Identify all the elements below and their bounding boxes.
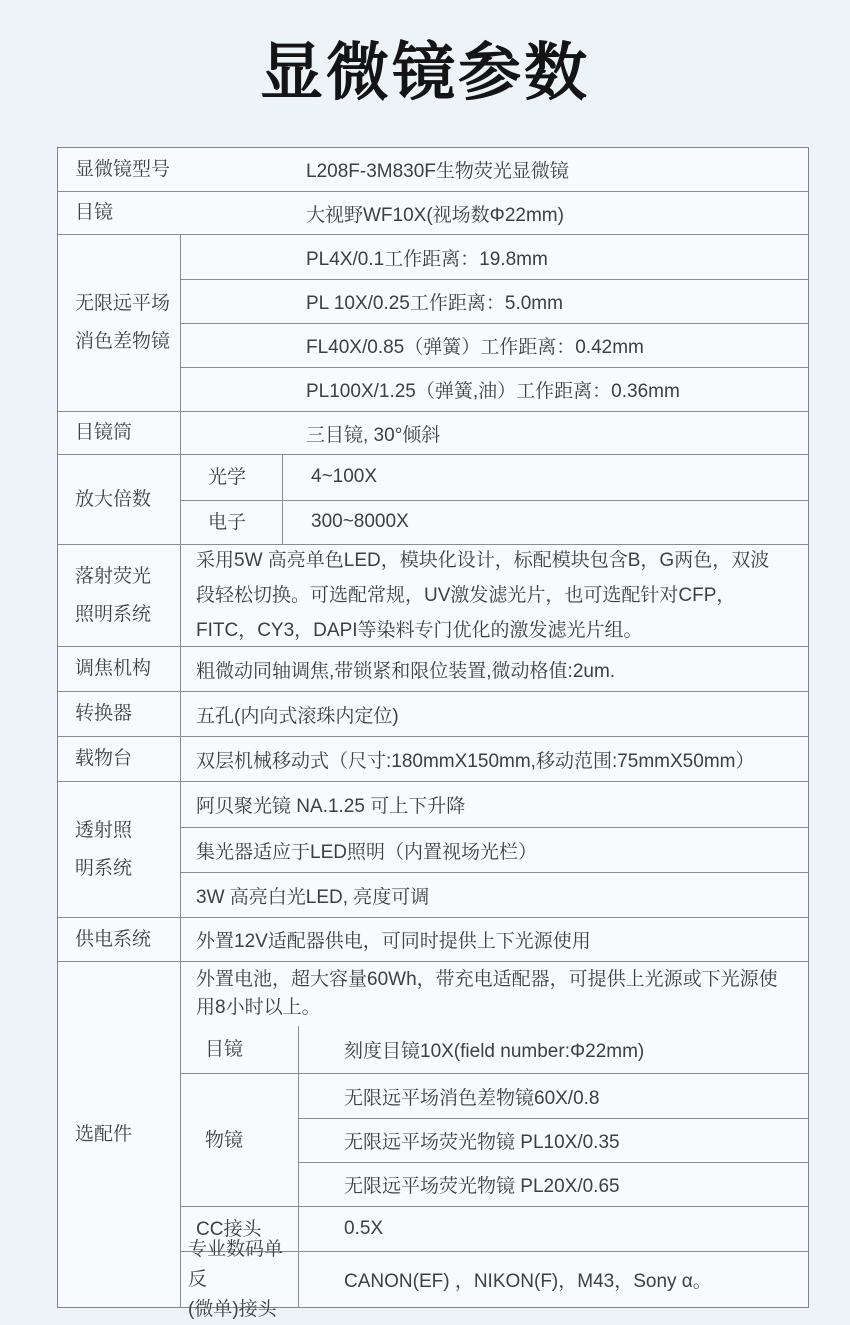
option-battery-row: 外置电池，超大容量60Wh，带充电适配器，可提供上光源或下光源使用8小时以上。 <box>181 962 808 1026</box>
spec-page: 显微镜参数 显微镜型号 L208F-3M830F生物荧光显微镜 目镜 大视野WF… <box>0 0 850 1325</box>
spec-row-eyepiece: 目镜 大视野WF10X(视场数Φ22mm) <box>58 191 808 234</box>
row-label-epi-illumination: 落射荧光 照明系统 <box>58 545 181 646</box>
row-value-eyepiece: 大视野WF10X(视场数Φ22mm) <box>181 192 808 234</box>
option-objective-value: 无限远平场荧光物镜 PL20X/0.65 <box>299 1162 808 1206</box>
spec-row-model: 显微镜型号 L208F-3M830F生物荧光显微镜 <box>58 148 808 191</box>
sub-value-optical: 4~100X <box>283 466 808 488</box>
spec-row-epi-illumination: 落射荧光 照明系统 采用5W 高亮单色LED，模块化设计，标配模块包含B，G两色… <box>58 544 808 646</box>
row-label-nosepiece: 转换器 <box>58 692 181 736</box>
sub-label-digital: 电子 <box>181 501 283 545</box>
transmitted-spec-row: 3W 高亮白光LED, 亮度可调 <box>181 872 808 917</box>
row-label-transmitted-illumination: 透射照 明系统 <box>58 782 181 917</box>
objective-spec-row: PL100X/1.25（弹簧,油）工作距离：0.36mm <box>181 367 808 411</box>
row-value-power: 外置12V适配器供电，可同时提供上下光源使用 <box>181 918 808 961</box>
option-objective-value: 无限远平场荧光物镜 PL10X/0.35 <box>299 1118 808 1162</box>
option-dslr-row: 专业数码单反 (微单)接头 CANON(EF) ，NIKON(F)，M43，So… <box>181 1251 808 1307</box>
option-sub-label-objective: 物镜 <box>181 1074 299 1206</box>
sub-value-digital: 300~8000X <box>283 511 808 533</box>
row-label-options: 选配件 <box>58 962 181 1307</box>
transmitted-spec-row: 阿贝聚光镜 NA.1.25 可上下升降 <box>181 782 808 827</box>
spec-row-stage: 载物台 双层机械移动式（尺寸:180mmX150mm,移动范围:75mmX50m… <box>58 736 808 781</box>
row-value-stage: 双层机械移动式（尺寸:180mmX150mm,移动范围:75mmX50mm） <box>181 737 808 781</box>
row-value-nosepiece: 五孔(内向式滚珠内定位) <box>181 692 808 736</box>
spec-table: 显微镜型号 L208F-3M830F生物荧光显微镜 目镜 大视野WF10X(视场… <box>57 147 809 1308</box>
row-value-focusing: 粗微动同轴调焦,带锁紧和限位装置,微动格值:2um. <box>181 647 808 691</box>
magnification-sub-row: 电子 300~8000X <box>181 500 808 545</box>
spec-row-objectives: 无限远平场 消色差物镜 PL4X/0.1工作距离：19.8mm PL 10X/0… <box>58 234 808 411</box>
row-label-model: 显微镜型号 <box>58 148 181 191</box>
option-sub-label-dslr: 专业数码单反 (微单)接头 <box>181 1252 299 1307</box>
option-sub-label-eyepiece: 目镜 <box>181 1026 299 1073</box>
spec-row-power: 供电系统 外置12V适配器供电，可同时提供上下光源使用 <box>58 917 808 961</box>
row-label-objectives: 无限远平场 消色差物镜 <box>58 235 181 411</box>
row-label-eyepiece: 目镜 <box>58 192 181 234</box>
objective-spec-row: FL40X/0.85（弹簧）工作距离：0.42mm <box>181 323 808 367</box>
spec-row-options: 选配件 外置电池，超大容量60Wh，带充电适配器，可提供上光源或下光源使用8小时… <box>58 961 808 1307</box>
option-value-dslr: CANON(EF) ，NIKON(F)，M43，Sony α。 <box>299 1266 808 1293</box>
page-title: 显微镜参数 <box>0 22 850 113</box>
row-label-stage: 载物台 <box>58 737 181 781</box>
option-objective-value: 无限远平场消色差物镜60X/0.8 <box>299 1074 808 1118</box>
row-label-head: 目镜筒 <box>58 412 181 454</box>
objective-spec-row: PL4X/0.1工作距离：19.8mm <box>181 235 808 279</box>
spec-row-transmitted-illumination: 透射照 明系统 阿贝聚光镜 NA.1.25 可上下升降 集光器适应于LED照明（… <box>58 781 808 917</box>
option-objective-rows: 物镜 无限远平场消色差物镜60X/0.8 无限远平场荧光物镜 PL10X/0.3… <box>181 1073 808 1206</box>
row-label-focusing: 调焦机构 <box>58 647 181 691</box>
option-value-cc: 0.5X <box>299 1218 808 1240</box>
row-label-magnification: 放大倍数 <box>58 455 181 544</box>
option-value-eyepiece: 刻度目镜10X(field number:Φ22mm) <box>299 1036 808 1063</box>
row-value-head: 三目镜, 30°倾斜 <box>181 412 808 454</box>
row-value-model: L208F-3M830F生物荧光显微镜 <box>181 148 808 191</box>
row-value-epi-illumination: 采用5W 高亮单色LED，模块化设计，标配模块包含B，G两色，双波段轻松切换。可… <box>181 545 808 646</box>
row-label-power: 供电系统 <box>58 918 181 961</box>
objective-spec-row: PL 10X/0.25工作距离：5.0mm <box>181 279 808 323</box>
spec-row-focusing: 调焦机构 粗微动同轴调焦,带锁紧和限位装置,微动格值:2um. <box>58 646 808 691</box>
spec-row-magnification: 放大倍数 光学 4~100X 电子 <box>58 454 808 544</box>
spec-row-head: 目镜筒 三目镜, 30°倾斜 <box>58 411 808 454</box>
spec-row-nosepiece: 转换器 五孔(内向式滚珠内定位) <box>58 691 808 736</box>
option-eyepiece-row: 目镜 刻度目镜10X(field number:Φ22mm) <box>181 1026 808 1073</box>
magnification-sub-row: 光学 4~100X <box>181 455 808 500</box>
transmitted-spec-row: 集光器适应于LED照明（内置视场光栏） <box>181 827 808 872</box>
sub-label-optical: 光学 <box>181 455 283 500</box>
